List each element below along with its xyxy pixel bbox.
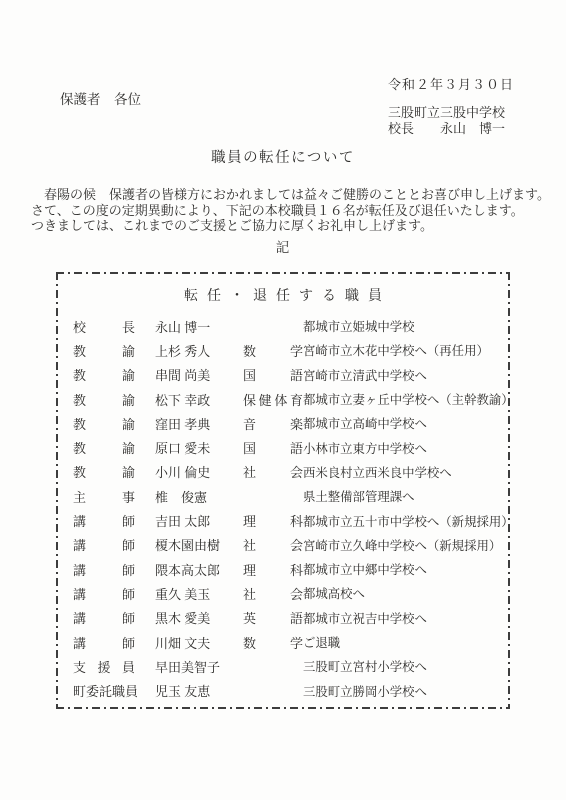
staff-name: 児玉 友恵 — [155, 681, 243, 700]
record-marker: 記 — [0, 236, 566, 256]
staff-subject: 英語 — [243, 608, 303, 627]
staff-destination: 都城市立高崎中学校へ — [303, 414, 427, 432]
body-line-1: 春陽の候 保護者の皆様方におかれましては益々ご健勝のこととお喜び申し上げます。 — [31, 187, 559, 203]
staff-name: 黒木 愛美 — [155, 608, 243, 627]
staff-subject: 音楽 — [243, 414, 303, 433]
box-border-left — [56, 272, 58, 709]
staff-row: 講師 重久 美玉 社会 都城高校へ — [56, 581, 510, 605]
staff-position: 主事 — [73, 487, 135, 506]
staff-position: 教諭 — [73, 365, 135, 384]
staff-position: 校長 — [73, 317, 135, 336]
staff-name: 吉田 太郎 — [155, 511, 243, 530]
staff-destination: ご退職 — [303, 633, 340, 651]
box-border-bottom — [56, 707, 510, 709]
box-border-right — [508, 272, 510, 709]
staff-row: 教諭 上杉 秀人 数学 宮崎市立木花中学校へ（再任用） — [56, 338, 510, 362]
staff-destination: 都城市立姫城中学校 — [303, 317, 415, 335]
staff-position: 教諭 — [73, 414, 135, 433]
box-border-top — [56, 272, 510, 274]
staff-subject: 国語 — [243, 438, 303, 457]
staff-table: 校長 永山 博一 都城市立姫城中学校 教諭 上杉 秀人 数学 宮崎市立木花中学校… — [56, 314, 510, 703]
staff-row: 教諭 原口 愛未 国語 小林市立東方中学校へ — [56, 435, 510, 459]
staff-destination: 西米良村立西米良中学校へ — [303, 463, 452, 481]
staff-name: 原口 愛未 — [155, 438, 243, 457]
staff-destination: 宮崎市立清武中学校へ — [303, 366, 427, 384]
staff-name: 上杉 秀人 — [155, 341, 243, 360]
staff-destination: 宮崎市立久峰中学校へ（新規採用） — [303, 536, 501, 554]
staff-destination: 都城高校へ — [303, 584, 365, 602]
body-line-3: つきましては、これまでのご支援とご協力に厚くお礼申し上げます。 — [31, 218, 559, 234]
staff-row: 町委託職員 児玉 友恵 三股町立勝岡小学校へ — [56, 678, 510, 702]
staff-row: 講師 吉田 太郎 理科 都城市立五十市中学校へ（新規採用） — [56, 508, 510, 532]
staff-position: 教諭 — [73, 390, 135, 409]
staff-destination: 宮崎市立木花中学校へ（再任用） — [303, 341, 489, 359]
staff-position: 教諭 — [73, 462, 135, 481]
staff-position: 講師 — [73, 560, 135, 579]
staff-destination: 三股町立宮村小学校へ — [303, 657, 427, 675]
staff-name: 串間 尚美 — [155, 365, 243, 384]
staff-position: 講師 — [73, 633, 135, 652]
staff-row: 主事 椎 俊憲 県土整備部管理課へ — [56, 484, 510, 508]
staff-position: 教諭 — [73, 438, 135, 457]
sender-principal: 校長 永山 博一 — [388, 118, 505, 137]
recipient: 保護者 各位 — [60, 88, 141, 108]
body-paragraph: 春陽の候 保護者の皆様方におかれましては益々ご健勝のこととお喜び申し上げます。 … — [31, 187, 559, 234]
staff-subject: 理科 — [243, 511, 303, 530]
staff-row: 講師 川畑 文夫 数学 ご退職 — [56, 630, 510, 654]
staff-row: 教諭 小川 倫史 社会 西米良村立西米良中学校へ — [56, 460, 510, 484]
staff-name: 小川 倫史 — [155, 462, 243, 481]
staff-row: 支援員 早田美智子 三股町立宮村小学校へ — [56, 654, 510, 678]
staff-name: 永山 博一 — [155, 317, 243, 336]
staff-subject: 国語 — [243, 365, 303, 384]
staff-row: 教諭 松下 幸政 保健体育 都城市立妻ヶ丘中学校へ（主幹教諭） — [56, 387, 510, 411]
staff-position: 講師 — [73, 535, 135, 554]
staff-destination: 都城市立祝吉中学校へ — [303, 609, 427, 627]
body-line-2: さて、この度の定期異動により、下記の本校職員１６名が転任及び退任いたします。 — [31, 203, 559, 219]
staff-subject: 社会 — [243, 584, 303, 603]
staff-name: 隈本高太郎 — [155, 560, 243, 579]
staff-position: 講師 — [73, 511, 135, 530]
staff-subject: 数学 — [243, 341, 303, 360]
staff-destination: 都城市立中郷中学校へ — [303, 560, 427, 578]
staff-row: 校長 永山 博一 都城市立姫城中学校 — [56, 314, 510, 338]
staff-row: 教諭 串間 尚美 国語 宮崎市立清武中学校へ — [56, 363, 510, 387]
staff-row: 講師 黒木 愛美 英語 都城市立祝吉中学校へ — [56, 606, 510, 630]
staff-name: 松下 幸政 — [155, 390, 243, 409]
staff-row: 教諭 窪田 孝典 音楽 都城市立高崎中学校へ — [56, 411, 510, 435]
staff-destination: 都城市立妻ヶ丘中学校へ（主幹教諭） — [303, 390, 514, 408]
staff-destination: 県土整備部管理課へ — [303, 487, 415, 505]
staff-subject: 理科 — [243, 560, 303, 579]
letter-page: 令和２年３月３０日 保護者 各位 三股町立三股中学校 校長 永山 博一 職員の転… — [0, 0, 566, 800]
notice-box-title: 転任・退任する職員 — [56, 285, 510, 305]
document-title: 職員の転任について — [0, 146, 566, 167]
staff-row: 講師 榎木園由樹 社会 宮崎市立久峰中学校へ（新規採用） — [56, 533, 510, 557]
staff-destination: 三股町立勝岡小学校へ — [303, 682, 427, 700]
staff-name: 窪田 孝典 — [155, 414, 243, 433]
staff-position: 講師 — [73, 608, 135, 627]
staff-destination: 都城市立五十市中学校へ（新規採用） — [303, 512, 514, 530]
staff-name: 榎木園由樹 — [155, 535, 243, 554]
date: 令和２年３月３０日 — [388, 74, 514, 93]
staff-row: 講師 隈本高太郎 理科 都城市立中郷中学校へ — [56, 557, 510, 581]
staff-subject: 社会 — [243, 535, 303, 554]
staff-name: 椎 俊憲 — [155, 487, 243, 506]
staff-subject: 保健体育 — [243, 390, 303, 409]
staff-destination: 小林市立東方中学校へ — [303, 439, 427, 457]
staff-position: 教諭 — [73, 341, 135, 360]
notice-box: 転任・退任する職員 校長 永山 博一 都城市立姫城中学校 教諭 上杉 秀人 数学… — [56, 272, 510, 709]
staff-name: 川畑 文夫 — [155, 633, 243, 652]
staff-position: 講師 — [73, 584, 135, 603]
staff-name: 重久 美玉 — [155, 584, 243, 603]
staff-position: 支援員 — [73, 657, 135, 676]
staff-subject: 数学 — [243, 633, 303, 652]
staff-name: 早田美智子 — [155, 657, 243, 676]
staff-position: 町委託職員 — [73, 681, 135, 700]
staff-subject: 社会 — [243, 462, 303, 481]
